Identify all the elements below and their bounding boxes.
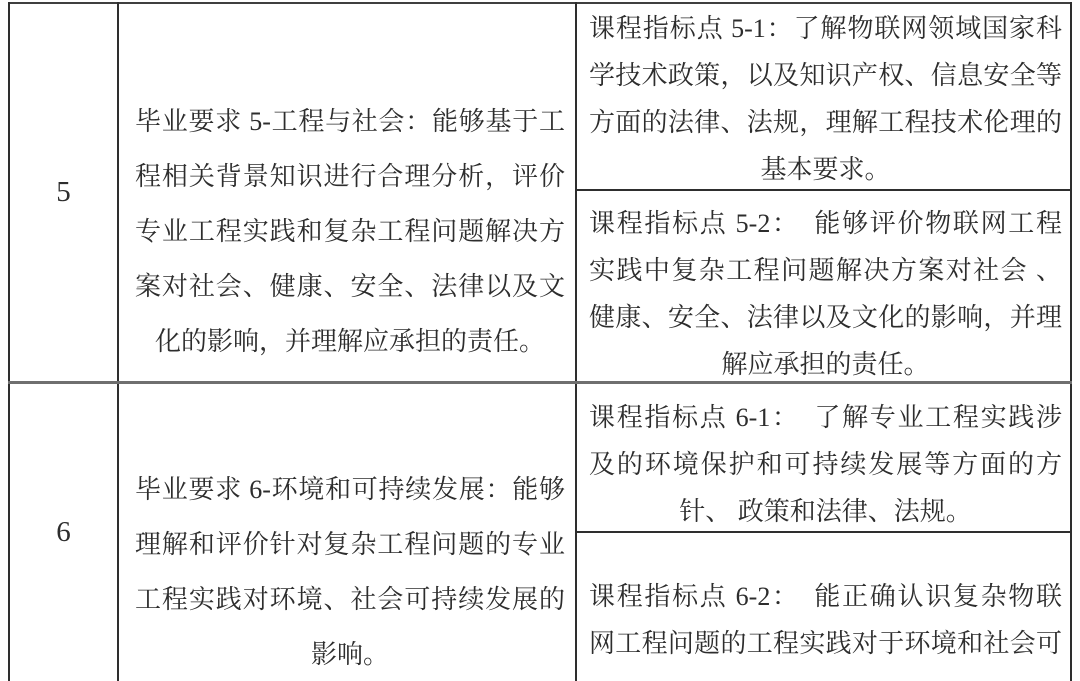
text-line: 针、 政策和法律、法规。 xyxy=(589,488,1062,531)
requirement-cell-5: 毕业要求 5-工程与社会：能够基于工 程相关背景知识进行合理分析，评价 专业工程… xyxy=(119,2,575,381)
requirement-cell-6: 毕业要求 6-环境和可持续发展：能够 理解和评价针对复杂工程问题的专业 工程实践… xyxy=(119,385,575,681)
text-line: 理解和评价针对复杂工程问题的专业 xyxy=(135,517,565,572)
indicator-cell-5-1: 课程指标点 5-1：了解物联网领域国家科 学技术政策，以及知识产权、信息安全等 … xyxy=(577,4,1070,189)
text-line: 课程指标点 5-1：了解物联网领域国家科 xyxy=(589,5,1062,52)
text-line: 学技术政策，以及知识产权、信息安全等 xyxy=(589,52,1062,99)
text-line: 健康、安全、法律以及文化的影响，并理 xyxy=(589,294,1062,341)
text-line: 课程指标点 6-1： 了解专业工程实践涉 xyxy=(589,394,1062,441)
text-line: 实践中复杂工程问题解决方案对社会 、 xyxy=(589,247,1062,294)
indicator-cell-5-2: 课程指标点 5-2： 能够评价物联网工程 实践中复杂工程问题解决方案对社会 、 … xyxy=(577,191,1070,381)
text-line: 影响。 xyxy=(135,627,565,681)
row-number-cell-5: 5 xyxy=(10,4,117,381)
text-line: 程相关背景知识进行合理分析，评价 xyxy=(135,149,565,204)
text-line: 课程指标点 5-2： 能够评价物联网工程 xyxy=(589,200,1062,247)
row-number-cell-6: 6 xyxy=(10,384,117,681)
text-line: 案对社会、健康、安全、法律以及文 xyxy=(135,259,565,314)
text-line: 解应承担的责任。 xyxy=(589,341,1062,381)
text-line: 方面的法律、法规，理解工程技术伦理的 xyxy=(589,99,1062,146)
text-line: 毕业要求 6-环境和可持续发展：能够 xyxy=(135,462,565,517)
row-number-5: 5 xyxy=(56,176,71,209)
text-line: 毕业要求 5-工程与社会：能够基于工 xyxy=(135,94,565,149)
text-line: 课程指标点 6-2： 能正确认识复杂物联 xyxy=(589,573,1062,620)
indicator-cell-6-1: 课程指标点 6-1： 了解专业工程实践涉 及的环境保护和可持续发展等方面的方 针… xyxy=(577,384,1070,531)
text-line: 专业工程实践和复杂工程问题解决方 xyxy=(135,204,565,259)
indicator-cell-6-2: 课程指标点 6-2： 能正确认识复杂物联 网工程问题的工程实践对于环境和社会可 xyxy=(577,533,1070,681)
text-line: 基本要求。 xyxy=(589,146,1062,189)
text-line: 及的环境保护和可持续发展等方面的方 xyxy=(589,441,1062,488)
document-table-page: 5 毕业要求 5-工程与社会：能够基于工 程相关背景知识进行合理分析，评价 专业… xyxy=(0,0,1080,681)
text-line: 网工程问题的工程实践对于环境和社会可 xyxy=(589,620,1062,667)
text-line: 化的影响，并理解应承担的责任。 xyxy=(135,314,565,369)
table-border-right xyxy=(1070,2,1072,681)
row-number-6: 6 xyxy=(56,516,71,549)
text-line: 工程实践对环境、社会可持续发展的 xyxy=(135,572,565,627)
